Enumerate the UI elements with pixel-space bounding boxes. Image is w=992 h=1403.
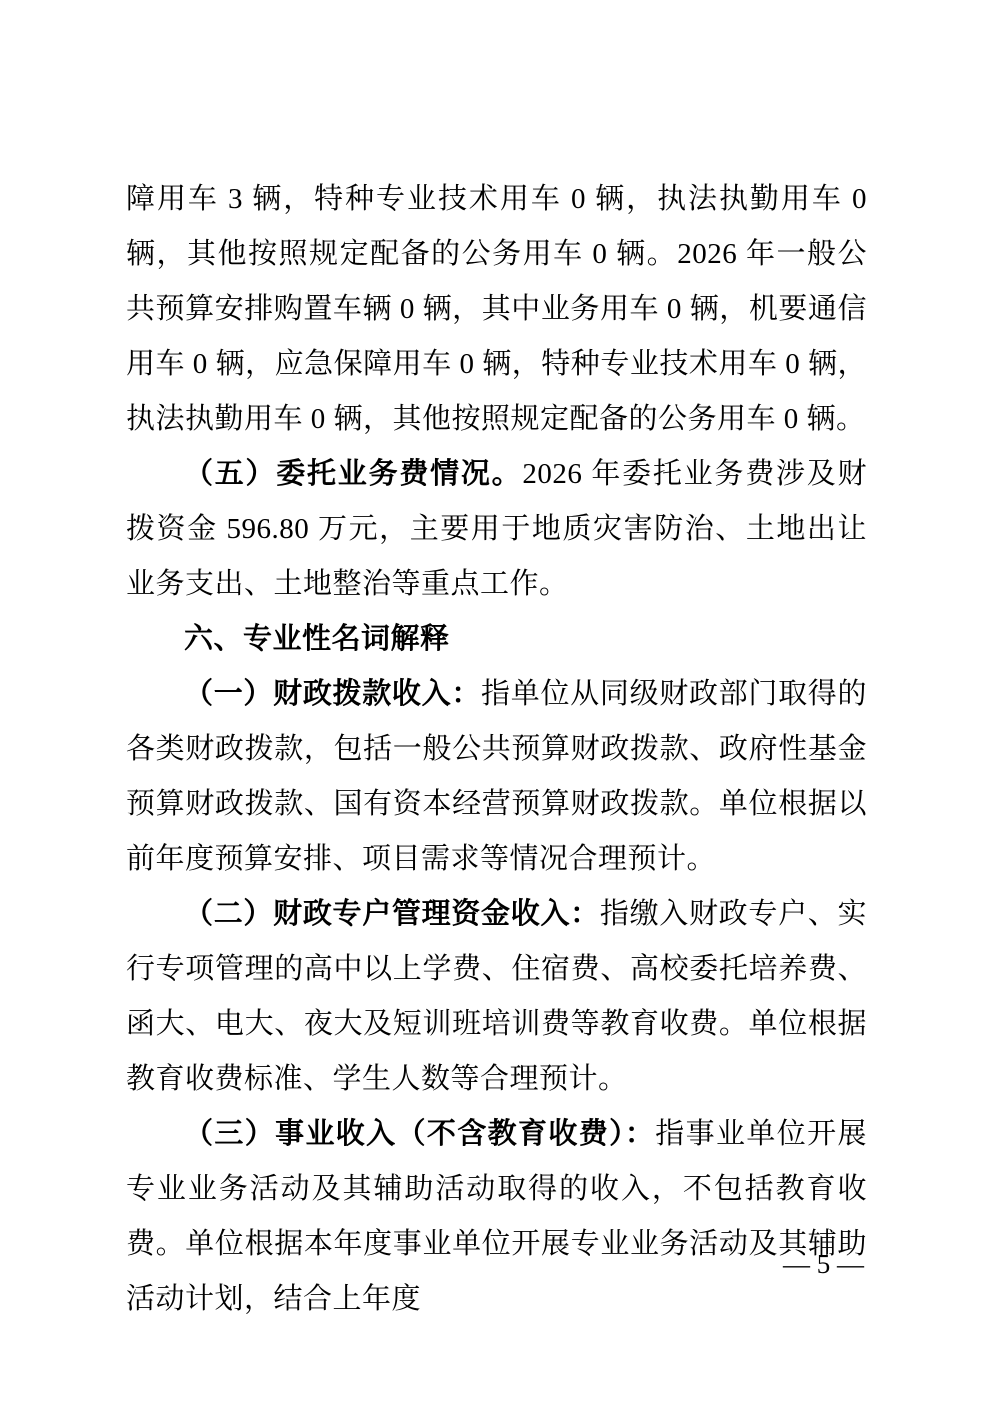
run-in-heading-term3: （三）事业收入（不含教育收费）： — [184, 1118, 655, 1150]
paragraph-vehicles-continuation: 障用车 3 辆，特种专业技术用车 0 辆，执法执勤用车 0 辆，其他按照规定配备… — [126, 172, 867, 447]
document-page: 障用车 3 辆，特种专业技术用车 0 辆，执法执勤用车 0 辆，其他按照规定配备… — [0, 0, 992, 1403]
run-in-heading-item5: （五）委托业务费情况。 — [184, 458, 522, 490]
document-body: 障用车 3 辆，特种专业技术用车 0 辆，执法执勤用车 0 辆，其他按照规定配备… — [126, 172, 867, 1327]
paragraph-term-fiscal-appropriation: （一）财政拨款收入：指单位从同级财政部门取得的各类财政拨款，包括一般公共预算财政… — [126, 667, 867, 887]
run-in-heading-term2: （二）财政专户管理资金收入： — [184, 898, 600, 930]
paragraph-entrusted-services: （五）委托业务费情况。2026 年委托业务费涉及财拨资金 596.80 万元，主… — [126, 447, 867, 612]
paragraph-term-operational-income: （三）事业收入（不含教育收费）：指事业单位开展专业业务活动及其辅助活动取得的收入… — [126, 1107, 867, 1327]
page-number: — 5 — — [783, 1248, 864, 1280]
paragraph-term-special-account: （二）财政专户管理资金收入：指缴入财政专户、实行专项管理的高中以上学费、住宿费、… — [126, 887, 867, 1107]
run-in-heading-term1: （一）财政拨款收入： — [184, 678, 481, 710]
section-heading-terminology: 六、专业性名词解释 — [126, 612, 867, 667]
